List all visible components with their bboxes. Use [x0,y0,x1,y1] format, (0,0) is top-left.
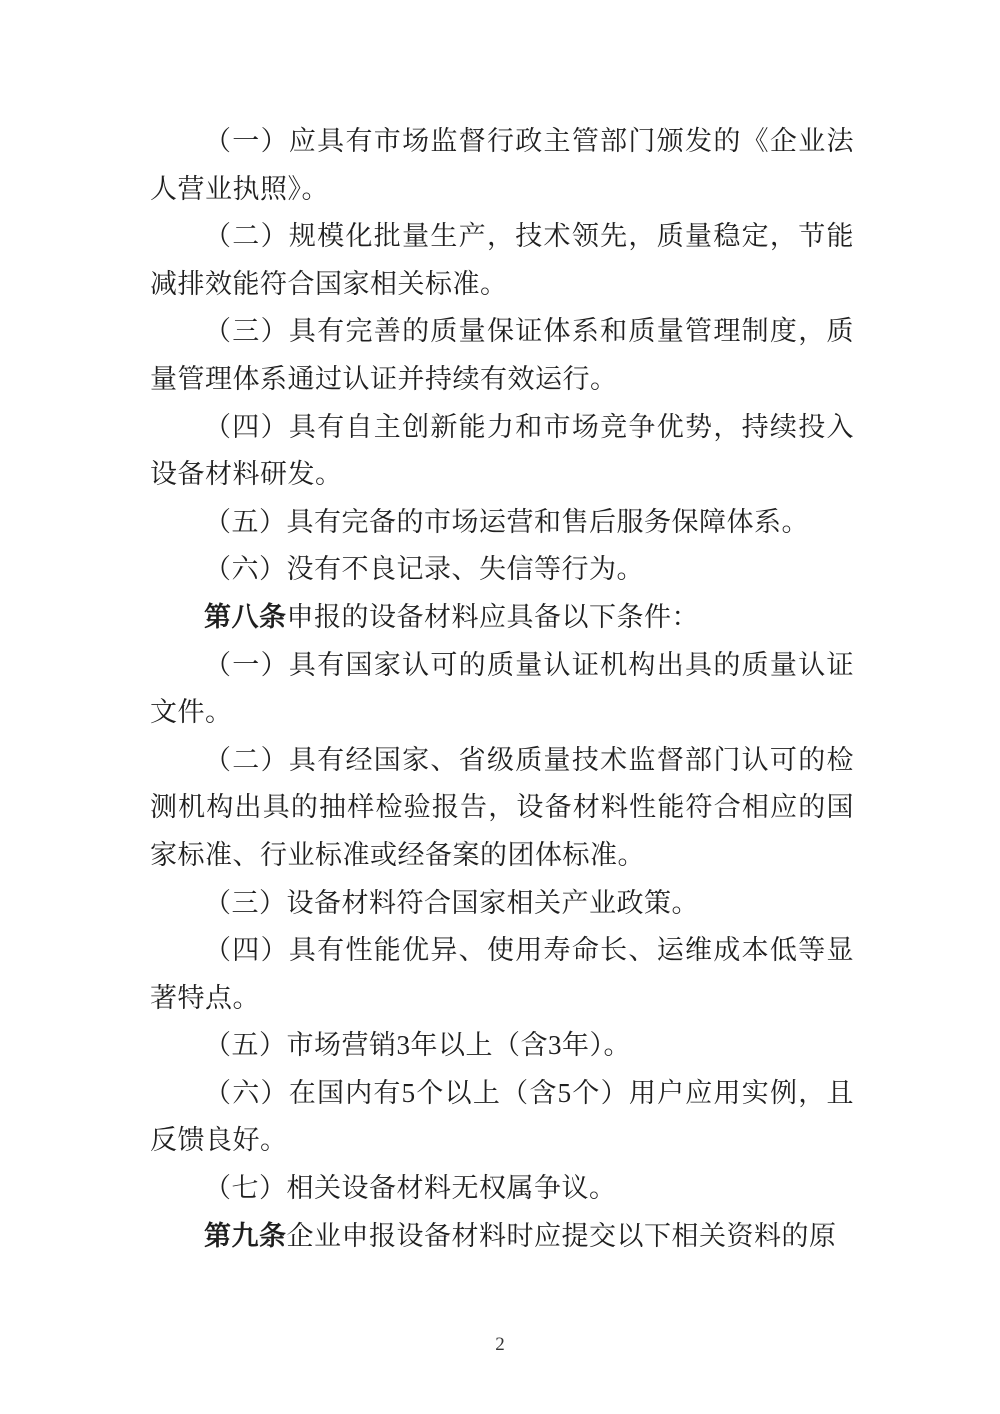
paragraph-text: （三）具有完善的质量保证体系和质量管理制度，质量管理体系通过认证并持续有效运行。 [150,316,854,394]
clause-paragraph-5: （五）具有完备的市场运营和售后服务保障体系。 [150,499,854,547]
document-body: （一）应具有市场监督行政主管部门颁发的《企业法人营业执照》。 （二）规模化批量生… [150,118,854,1260]
clause-paragraph-11: （五）市场营销3年以上（含3年）。 [150,1022,854,1070]
clause-paragraph-13: （七）相关设备材料无权属争议。 [150,1165,854,1213]
paragraph-text: （二）具有经国家、省级质量技术监督部门认可的检测机构出具的抽样检验报告，设备材料… [150,745,854,870]
clause-paragraph-12: （六）在国内有5个以上（含5个）用户应用实例，且反馈良好。 [150,1070,854,1165]
article-number: 第八条 [204,602,287,632]
clause-paragraph-4: （四）具有自主创新能力和市场竞争优势，持续投入设备材料研发。 [150,404,854,499]
clause-paragraph-1: （一）应具有市场监督行政主管部门颁发的《企业法人营业执照》。 [150,118,854,213]
paragraph-text: （六）在国内有5个以上（含5个）用户应用实例，且反馈良好。 [150,1078,854,1156]
article-9-paragraph: 第九条企业申报设备材料时应提交以下相关资料的原 [150,1213,854,1261]
article-number: 第九条 [204,1221,287,1251]
paragraph-text: （七）相关设备材料无权属争议。 [204,1173,617,1203]
paragraph-text: （四）具有性能优异、使用寿命长、运维成本低等显著特点。 [150,935,854,1013]
paragraph-text: 申报的设备材料应具备以下条件： [287,602,700,632]
document-page: （一）应具有市场监督行政主管部门颁发的《企业法人营业执照》。 （二）规模化批量生… [0,0,1000,1414]
paragraph-text: （一）应具有市场监督行政主管部门颁发的《企业法人营业执照》。 [150,126,854,204]
clause-paragraph-8: （二）具有经国家、省级质量技术监督部门认可的检测机构出具的抽样检验报告，设备材料… [150,737,854,880]
paragraph-text: （四）具有自主创新能力和市场竞争优势，持续投入设备材料研发。 [150,412,854,490]
paragraph-text: （三）设备材料符合国家相关产业政策。 [204,888,699,918]
clause-paragraph-3: （三）具有完善的质量保证体系和质量管理制度，质量管理体系通过认证并持续有效运行。 [150,308,854,403]
paragraph-text: （六）没有不良记录、失信等行为。 [204,554,644,584]
page-footer: 2 [0,1334,1000,1356]
article-8-paragraph: 第八条申报的设备材料应具备以下条件： [150,594,854,642]
paragraph-text: 企业申报设备材料时应提交以下相关资料的原 [287,1221,837,1251]
clause-paragraph-7: （一）具有国家认可的质量认证机构出具的质量认证文件。 [150,642,854,737]
clause-paragraph-6: （六）没有不良记录、失信等行为。 [150,546,854,594]
page-number: 2 [495,1334,505,1355]
paragraph-text: （一）具有国家认可的质量认证机构出具的质量认证文件。 [150,650,854,728]
clause-paragraph-2: （二）规模化批量生产，技术领先，质量稳定，节能减排效能符合国家相关标准。 [150,213,854,308]
paragraph-text: （二）规模化批量生产，技术领先，质量稳定，节能减排效能符合国家相关标准。 [150,221,854,299]
clause-paragraph-10: （四）具有性能优异、使用寿命长、运维成本低等显著特点。 [150,927,854,1022]
paragraph-text: （五）具有完备的市场运营和售后服务保障体系。 [204,507,809,537]
clause-paragraph-9: （三）设备材料符合国家相关产业政策。 [150,880,854,928]
paragraph-text: （五）市场营销3年以上（含3年）。 [204,1030,631,1060]
